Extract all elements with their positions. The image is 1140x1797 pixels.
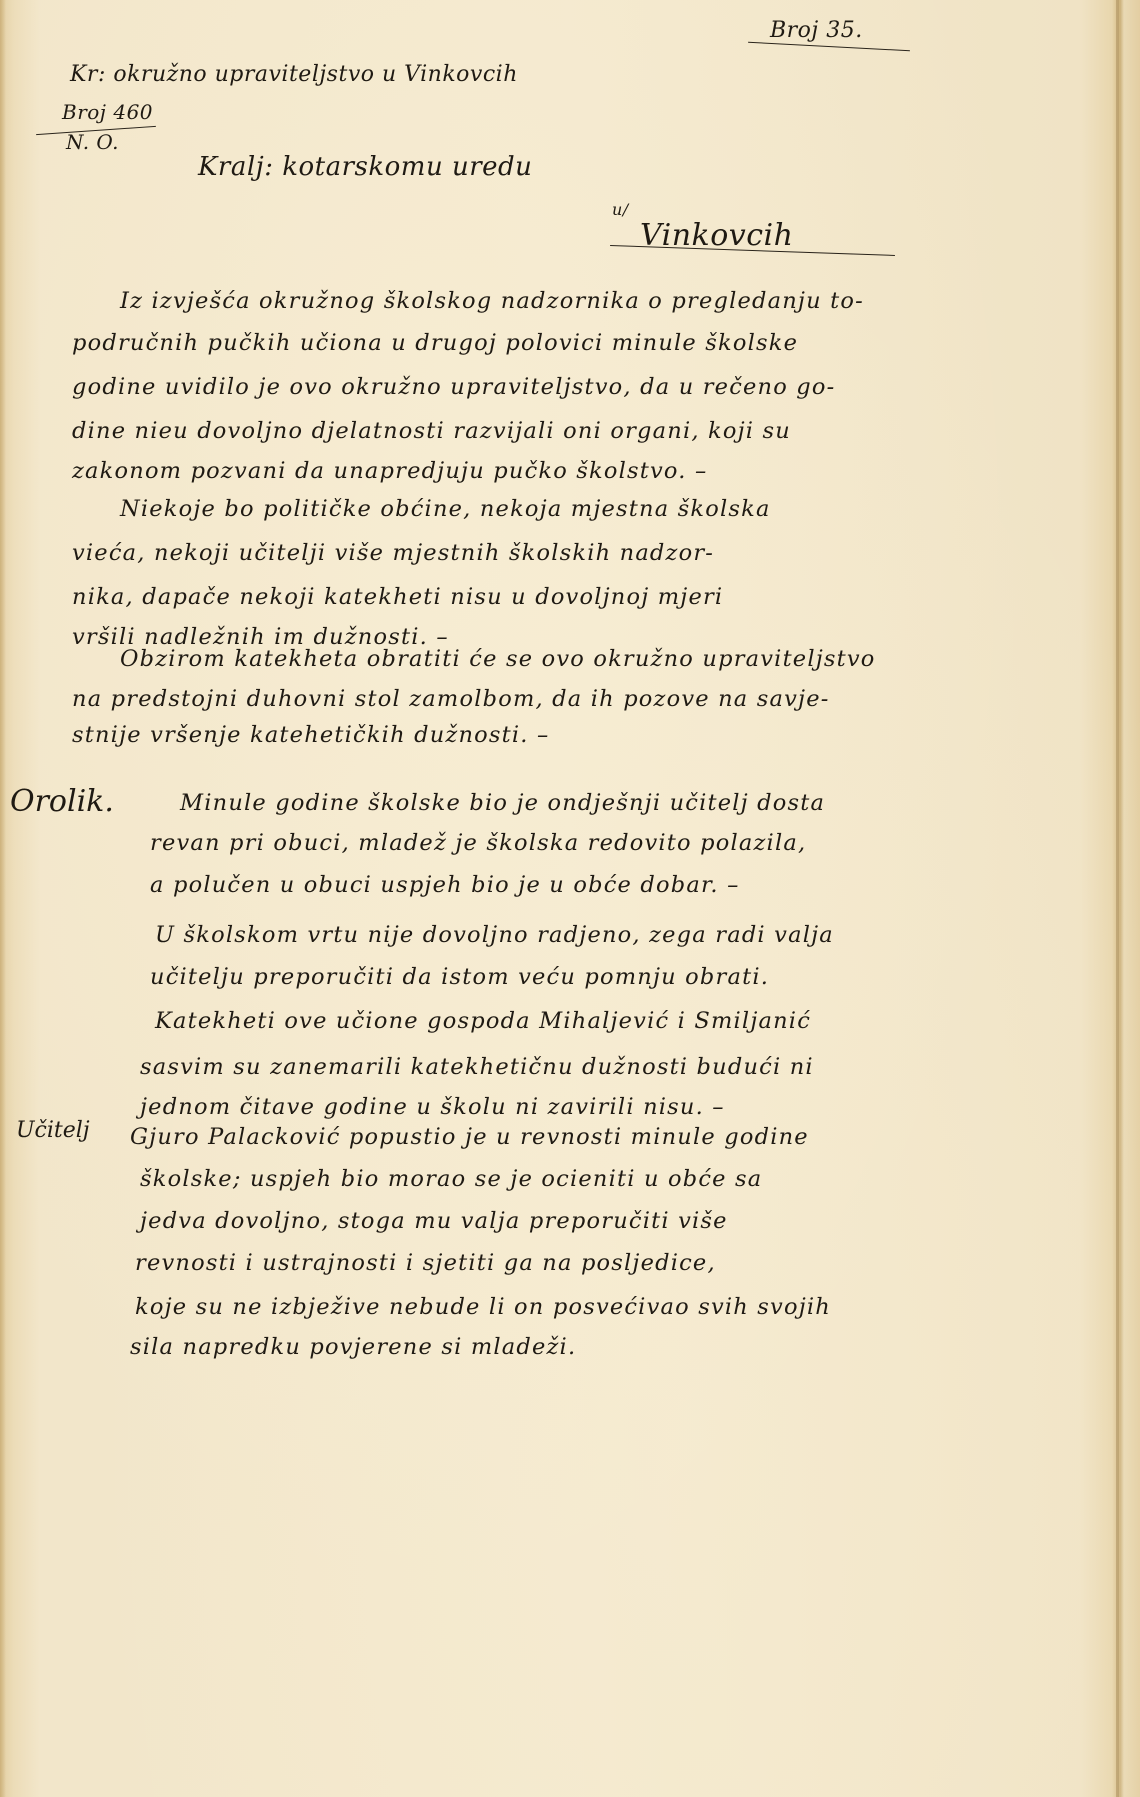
text-line: revan pri obuci, mladež je školska redov… xyxy=(150,830,806,856)
text-line: stnije vršenje katehetičkih dužnosti. – xyxy=(72,722,549,748)
text-line: jednom čitave godine u školu ni zavirili… xyxy=(140,1094,725,1120)
text-line: učitelju preporučiti da istom veću pomnj… xyxy=(150,964,769,990)
reference-number-underline xyxy=(748,42,910,51)
sender-office: Kr: okružno upraviteljstvo u Vinkovcih xyxy=(70,62,518,87)
book-binding-fold xyxy=(1116,0,1119,1797)
text-line: Minule godine školske bio je ondješnji u… xyxy=(180,790,825,816)
text-line: dine nieu dovoljno djelatnosti razvijali… xyxy=(72,418,791,444)
text-line: vieća, nekoji učitelji više mjestnih ško… xyxy=(72,540,714,566)
text-line: Niekoje bo političke obćine, nekoja mjes… xyxy=(120,496,771,522)
margin-label-teacher: Učitelj xyxy=(16,1118,90,1143)
text-line: Katekheti ove učione gospoda Mihaljević … xyxy=(155,1008,811,1034)
reference-number: Broj 35. xyxy=(770,18,863,43)
text-line: koje su ne izbježive nebude li on posveć… xyxy=(135,1294,831,1320)
text-line: Obzirom katekheta obratiti će se ovo okr… xyxy=(120,646,876,672)
text-line: Gjuro Palacković popustio je u revnosti … xyxy=(130,1124,809,1150)
text-line: školske; uspjeh bio morao se je ocieniti… xyxy=(140,1166,762,1192)
margin-label-place: Orolik. xyxy=(10,784,114,819)
text-line: jedva dovoljno, stoga mu valja preporuči… xyxy=(140,1208,728,1234)
text-line: nika, dapače nekoji katekheti nisu u dov… xyxy=(72,584,723,610)
text-line: područnih pučkih učiona u drugoj polovic… xyxy=(72,330,798,356)
page-left-edge xyxy=(0,0,6,1797)
text-line: sila napredku povjerene si mladeži. xyxy=(130,1334,576,1360)
text-line: U školskom vrtu nije dovoljno radjeno, z… xyxy=(155,922,834,948)
manuscript-page: Broj 35. Kr: okružno upraviteljstvo u Vi… xyxy=(0,0,1140,1797)
text-line: na predstojni duhovni stol zamolbom, da … xyxy=(72,686,830,712)
text-line: a polučen u obuci uspjeh bio je u obće d… xyxy=(150,872,740,898)
text-line: godine uvidilo je ovo okružno upravitelj… xyxy=(72,374,835,400)
addressee: Kralj: kotarskomu uredu xyxy=(198,152,532,182)
text-line: revnosti i ustrajnosti i sjetiti ga na p… xyxy=(135,1250,716,1276)
addressee-prefix: u/ xyxy=(612,200,629,219)
document-sub-number: N. O. xyxy=(66,130,119,154)
document-number: Broj 460 xyxy=(62,100,153,124)
text-line: Iz izvješća okružnog školskog nadzornika… xyxy=(120,288,864,314)
text-line: zakonom pozvani da unapredjuju pučko ško… xyxy=(72,458,707,484)
text-line: sasvim su zanemarili katekhetičnu dužnos… xyxy=(140,1054,814,1080)
